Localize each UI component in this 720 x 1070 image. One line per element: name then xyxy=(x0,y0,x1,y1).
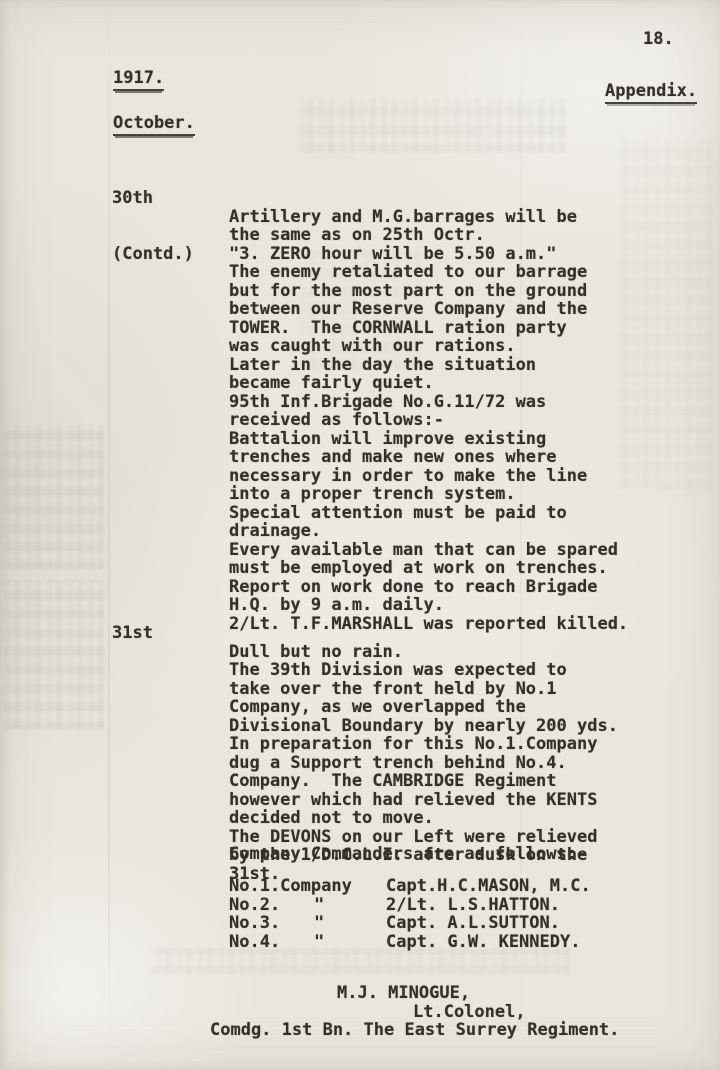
paper-crease xyxy=(108,0,110,1070)
diary-line: drainage. xyxy=(229,522,628,541)
commanders-intro: Company Commanders are as follows:- xyxy=(229,845,587,864)
ditto-mark: " xyxy=(314,933,324,952)
ditto-mark: " xyxy=(314,914,324,933)
diary-line: trenches and make new ones where xyxy=(229,448,628,467)
commanders-table: No.1.Company Capt.H.C.MASON, M.C. No.2. … xyxy=(229,877,649,951)
year-heading: 1917. xyxy=(113,69,164,91)
commander-row: No.3. " Capt. A.L.SUTTON. xyxy=(229,914,649,933)
commander-row: No.4. " Capt. G.W. KENNEDY. xyxy=(229,933,649,952)
diary-line: TOWER. The CORNWALL ration party xyxy=(229,319,628,338)
diary-line: became fairly quiet. xyxy=(229,374,628,393)
diary-line: Every available man that can be spared xyxy=(229,541,628,560)
diary-line: Company. The CAMBRIDGE Regiment xyxy=(229,772,618,791)
commander-name: Capt.H.C.MASON, M.C. xyxy=(386,877,591,896)
signature-rank: Lt.Colonel, xyxy=(413,1003,526,1022)
commander-name: Capt. A.L.SUTTON. xyxy=(386,914,560,933)
diary-line: "3. ZERO hour will be 5.50 a.m." xyxy=(229,245,628,264)
diary-line: Later in the day the situation xyxy=(229,356,628,375)
signature-name: M.J. MINOGUE, xyxy=(337,984,470,1003)
diary-line: The enemy retaliated to our barrage xyxy=(229,263,628,282)
year-heading-text: 1917. xyxy=(113,69,164,91)
diary-line: Dull but no rain. xyxy=(229,643,618,662)
diary-line: however which had relieved the KENTS xyxy=(229,791,618,810)
diary-line: must be employed at work on trenches. xyxy=(229,559,628,578)
entry-body-30th: Artillery and M.G.barrages will bethe sa… xyxy=(229,152,628,633)
diary-line: The 39th Division was expected to xyxy=(229,661,618,680)
diary-line: between our Reserve Company and the xyxy=(229,300,628,319)
diary-line: the same as on 25th Octr. xyxy=(229,226,628,245)
entry-date-31st: 31st xyxy=(112,587,153,680)
bleed-through-texture xyxy=(620,140,712,490)
commander-row: No.2. " 2/Lt. L.S.HATTON. xyxy=(229,896,649,915)
entry-date-30th: 30th (Contd.) xyxy=(112,152,194,300)
diary-line: Battalion will improve existing xyxy=(229,430,628,449)
diary-line: decided not to move. xyxy=(229,809,618,828)
diary-line: 95th Inf.Brigade No.G.11/72 was xyxy=(229,393,628,412)
appendix-heading: Appendix. xyxy=(605,82,697,104)
bleed-through-texture xyxy=(4,425,104,570)
entry-date-line: 31st xyxy=(112,624,153,643)
signature-unit: Comdg. 1st Bn. The East Surrey Regiment. xyxy=(210,1021,619,1040)
entry-body-31st: Dull but no rain.The 39th Division was e… xyxy=(229,587,618,883)
diary-line: In preparation for this No.1.Company xyxy=(229,735,618,754)
diary-line: dug a Support trench behind No.4. xyxy=(229,754,618,773)
page-number: 18. xyxy=(643,30,674,49)
diary-line: Artillery and M.G.barrages will be xyxy=(229,208,628,227)
entry-date-line: 30th xyxy=(112,189,194,208)
commander-name: 2/Lt. L.S.HATTON. xyxy=(386,896,560,915)
commander-company: No.1.Company xyxy=(229,877,352,896)
diary-line: take over the front held by No.1 xyxy=(229,680,618,699)
bleed-through-texture xyxy=(300,98,565,153)
diary-line: was caught with our rations. xyxy=(229,337,628,356)
bleed-through-texture xyxy=(4,580,104,730)
document-page: 18. 1917. Appendix. October. 30th (Contd… xyxy=(0,0,720,1070)
commander-company: No.2. xyxy=(229,896,280,915)
diary-line: Divisional Boundary by nearly 200 yds. xyxy=(229,717,618,736)
appendix-heading-text: Appendix. xyxy=(605,82,697,104)
ditto-mark: " xyxy=(314,896,324,915)
commander-row: No.1.Company Capt.H.C.MASON, M.C. xyxy=(229,877,649,896)
entry-date-line: (Contd.) xyxy=(112,245,194,264)
diary-line: but for the most part on the ground xyxy=(229,282,628,301)
commander-company: No.4. xyxy=(229,933,280,952)
diary-line: necessary in order to make the line xyxy=(229,467,628,486)
month-heading: October. xyxy=(113,114,195,136)
diary-line: into a proper trench system. xyxy=(229,485,628,504)
commander-company: No.3. xyxy=(229,914,280,933)
month-heading-text: October. xyxy=(113,114,195,136)
commander-name: Capt. G.W. KENNEDY. xyxy=(386,933,580,952)
diary-line: Company, as we overlapped the xyxy=(229,698,618,717)
diary-line: Special attention must be paid to xyxy=(229,504,628,523)
diary-line: received as follows:- xyxy=(229,411,628,430)
